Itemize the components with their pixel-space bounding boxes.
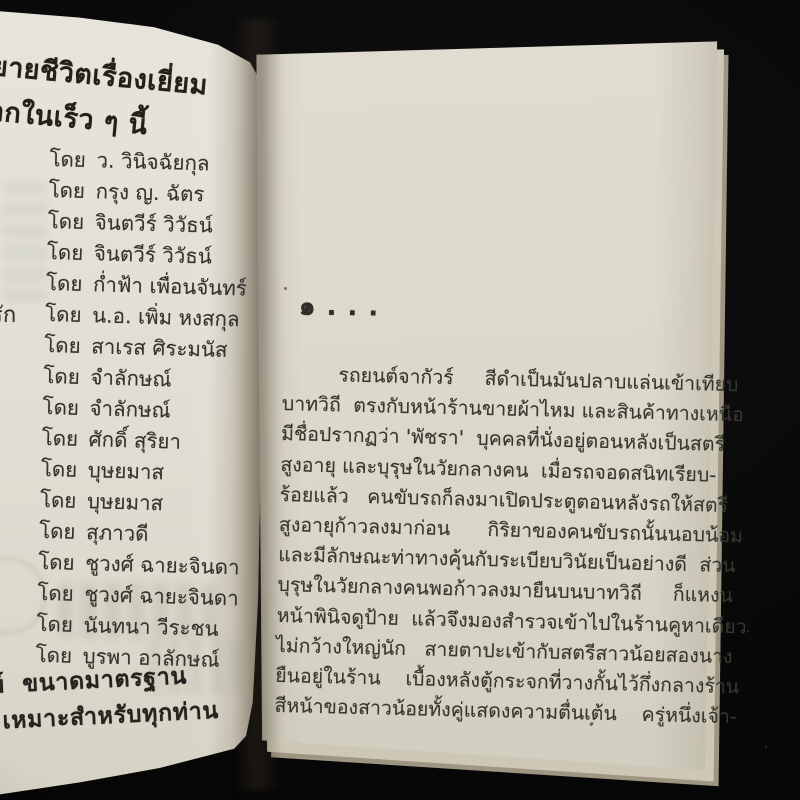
byline-author-name: กรุง ญ. ฉัตร [95,175,205,209]
byline-author-name: ก่ำฟ้า เพื่อนจันทร์ [93,268,248,303]
dust-speck [765,746,767,748]
chapter-number: ๑ . . . [299,285,380,327]
byline-author-name: นันทนา วีระชน [83,609,219,644]
paper-speck [284,287,287,290]
byline-author-name: ชูวงศ์ ฉายะจินดา [84,578,239,613]
byline-label: โดย [41,422,89,454]
byline-label: โดย [47,205,95,237]
byline-label: โดย [36,608,84,640]
byline-author-name: สุภาวดี [86,516,149,549]
byline-author-name: ว. วินิจฉัยกุล [96,144,210,178]
dust-speck [747,630,749,632]
left-margin-word-fragment: รัก [0,297,16,332]
byline-label: โดย [45,298,93,330]
byline-label: โดย [40,453,88,485]
byline-label: โดย [48,174,96,206]
byline-author-name: จำลักษณ์ [90,361,172,394]
byline-author-name: ศักดิ์ สุริยา [88,423,181,457]
byline-author-name: จินตวีร์ วิวัธน์ [94,206,213,240]
byline-label: โดย [38,546,86,578]
byline-author-name: บุษยมาส [87,485,164,518]
left-page-footer: พ์ ขนาดมาตรฐานเหมาะสำหรับทุกท่าน [0,657,220,740]
byline-author-name: สาเรส ศิระมนัส [91,330,228,365]
byline-author-name: ชูวงศ์ ฉายะจินดา [85,547,240,582]
byline-label: โดย [40,484,88,516]
byline-author-name: จินตวีร์ วิวัธน์ [94,237,213,271]
byline-label: โดย [42,391,90,423]
chapter-body-text: รถยนต์จากัวร์ สีดำเป็นมันปลาบแล่นเข้าเที… [274,359,693,731]
left-page-title: ยายชีวิตเรื่องเยี่ยมอกในเร็ว ๆ นี้ [0,44,210,153]
book-photo-scene: ยายชีวิตเรื่องเยี่ยมอกในเร็ว ๆ นี้ รัก โ… [0,0,800,800]
byline-label: โดย [44,329,92,361]
byline-label: โดย [43,360,91,392]
byline-label: โดย [47,236,95,268]
byline-label: โดย [37,577,85,609]
byline-label: โดย [49,143,97,175]
byline-author-name: จำลักษณ์ [89,392,171,425]
byline-list: โดย ว. วินิจฉัยกุล โดย กรุง ญ. ฉัตร โดย … [35,143,251,675]
byline-label: โดย [39,515,87,547]
byline-author-name: น.อ. เพิ่ม หงสกุล [92,299,240,334]
byline-author-name: บุษยมาส [87,454,164,487]
byline-label: โดย [46,267,94,299]
